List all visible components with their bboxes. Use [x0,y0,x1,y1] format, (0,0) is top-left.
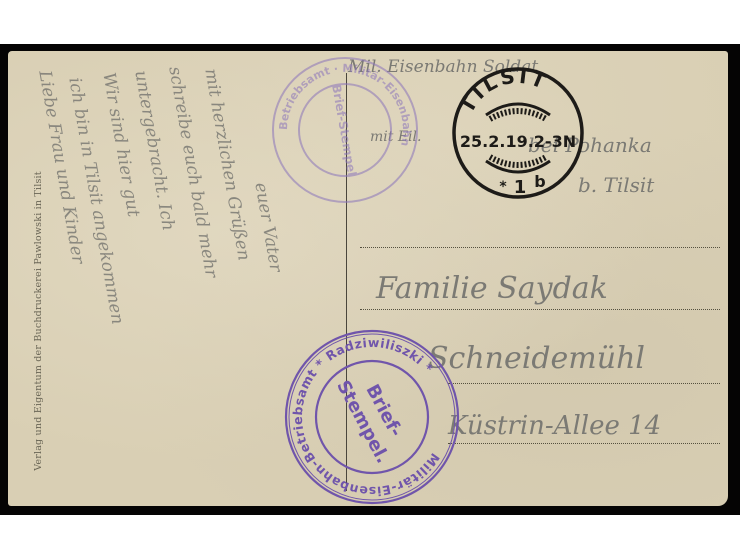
recipient-street: Küstrin-Allee 14 [448,411,661,441]
sender-town: b. Tilsit [578,173,654,197]
tilsit-postmark: TILSIT 25.2.19.2-3N * 1 b [448,63,588,203]
postcard: Verlag und Eigentum der Buchdruckerei Pa… [8,51,728,506]
military-stamp-upper: Betriebsamt · Militär-Eisenbahn Brief-St… [270,55,420,205]
svg-text:b: b [534,172,545,191]
svg-text:*: * [499,179,507,195]
publisher-imprint: Verlag und Eigentum der Buchdruckerei Pa… [33,121,44,506]
address-rule [448,383,720,384]
address-rule [448,443,720,444]
svg-text:1: 1 [514,177,527,198]
recipient-name: Familie Saydak [376,271,608,306]
military-stamp-lower: Militär-Eisenbahn-Betriebsamt * Radziwil… [282,327,462,506]
address-rule [360,309,720,310]
svg-text:25.2.19.2-3N: 25.2.19.2-3N [460,132,576,151]
svg-text:Brief-Stempel: Brief-Stempel [329,83,359,177]
address-rule [360,247,720,248]
